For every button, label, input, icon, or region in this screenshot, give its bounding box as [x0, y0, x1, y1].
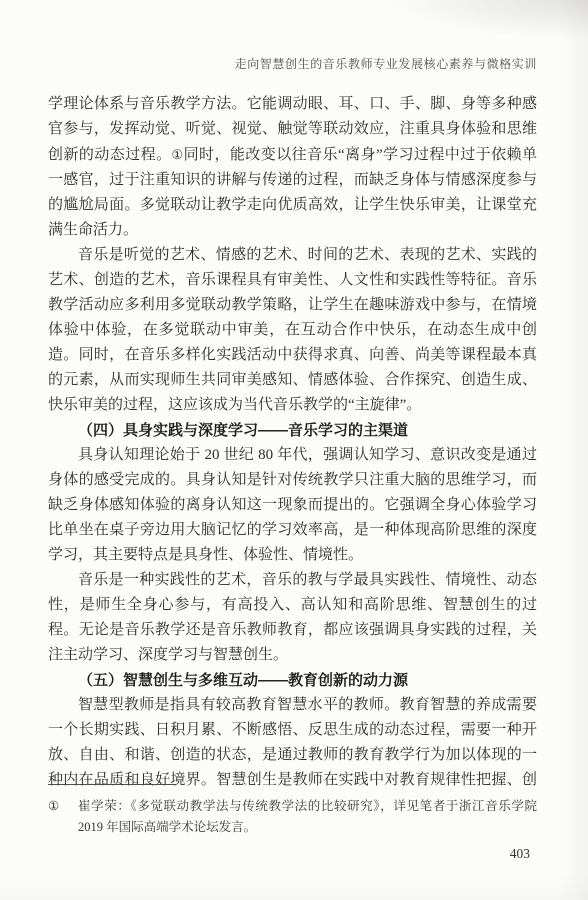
page-body: 学理论体系与音乐教学方法。它能调动眼、耳、口、手、脚、身等多种感官参与，发挥动觉… [48, 92, 537, 792]
paragraph: 智慧型教师是指具有较高教育智慧水平的教师。教育智慧的养成需要一个长期实践、日积月… [48, 693, 537, 792]
footnote: ① 崔学荣：《多觉联动教学法与传统教学法的比较研究》，详见笔者于浙江音乐学院 2… [48, 796, 537, 838]
section-heading-5: （五）智慧创生与多维互动——教育创新的动力源 [48, 668, 537, 693]
footnote-text: 崔学荣：《多觉联动教学法与传统教学法的比较研究》，详见笔者于浙江音乐学院 201… [78, 796, 537, 838]
page-number: 403 [510, 846, 530, 862]
footnote-divider [48, 784, 176, 785]
footnote-area: ① 崔学荣：《多觉联动教学法与传统教学法的比较研究》，详见笔者于浙江音乐学院 2… [48, 784, 537, 838]
book-page: 走向智慧创生的音乐教师专业发展核心素养与微格实训 学理论体系与音乐教学方法。它能… [0, 0, 588, 900]
section-heading-4: （四）具身实践与深度学习——音乐学习的主渠道 [48, 418, 537, 443]
paragraph-continued: 学理论体系与音乐教学方法。它能调动眼、耳、口、手、脚、身等多种感官参与，发挥动觉… [48, 92, 537, 243]
running-head: 走向智慧创生的音乐教师专业发展核心素养与微格实训 [235, 55, 537, 72]
paragraph: 音乐是一种实践性的艺术，音乐的教与学最具实践性、情境性、动态性，是师生全身心参与… [48, 568, 537, 668]
paragraph: 音乐是听觉的艺术、情感的艺术、时间的艺术、表现的艺术、实践的艺术、创造的艺术，音… [48, 243, 537, 418]
footnote-reference-1: ① [172, 147, 184, 162]
footnote-marker: ① [48, 796, 78, 838]
paragraph: 具身认知理论始于 20 世纪 80 年代，强调认知学习、意识改变是通过身体的感受… [48, 443, 537, 568]
